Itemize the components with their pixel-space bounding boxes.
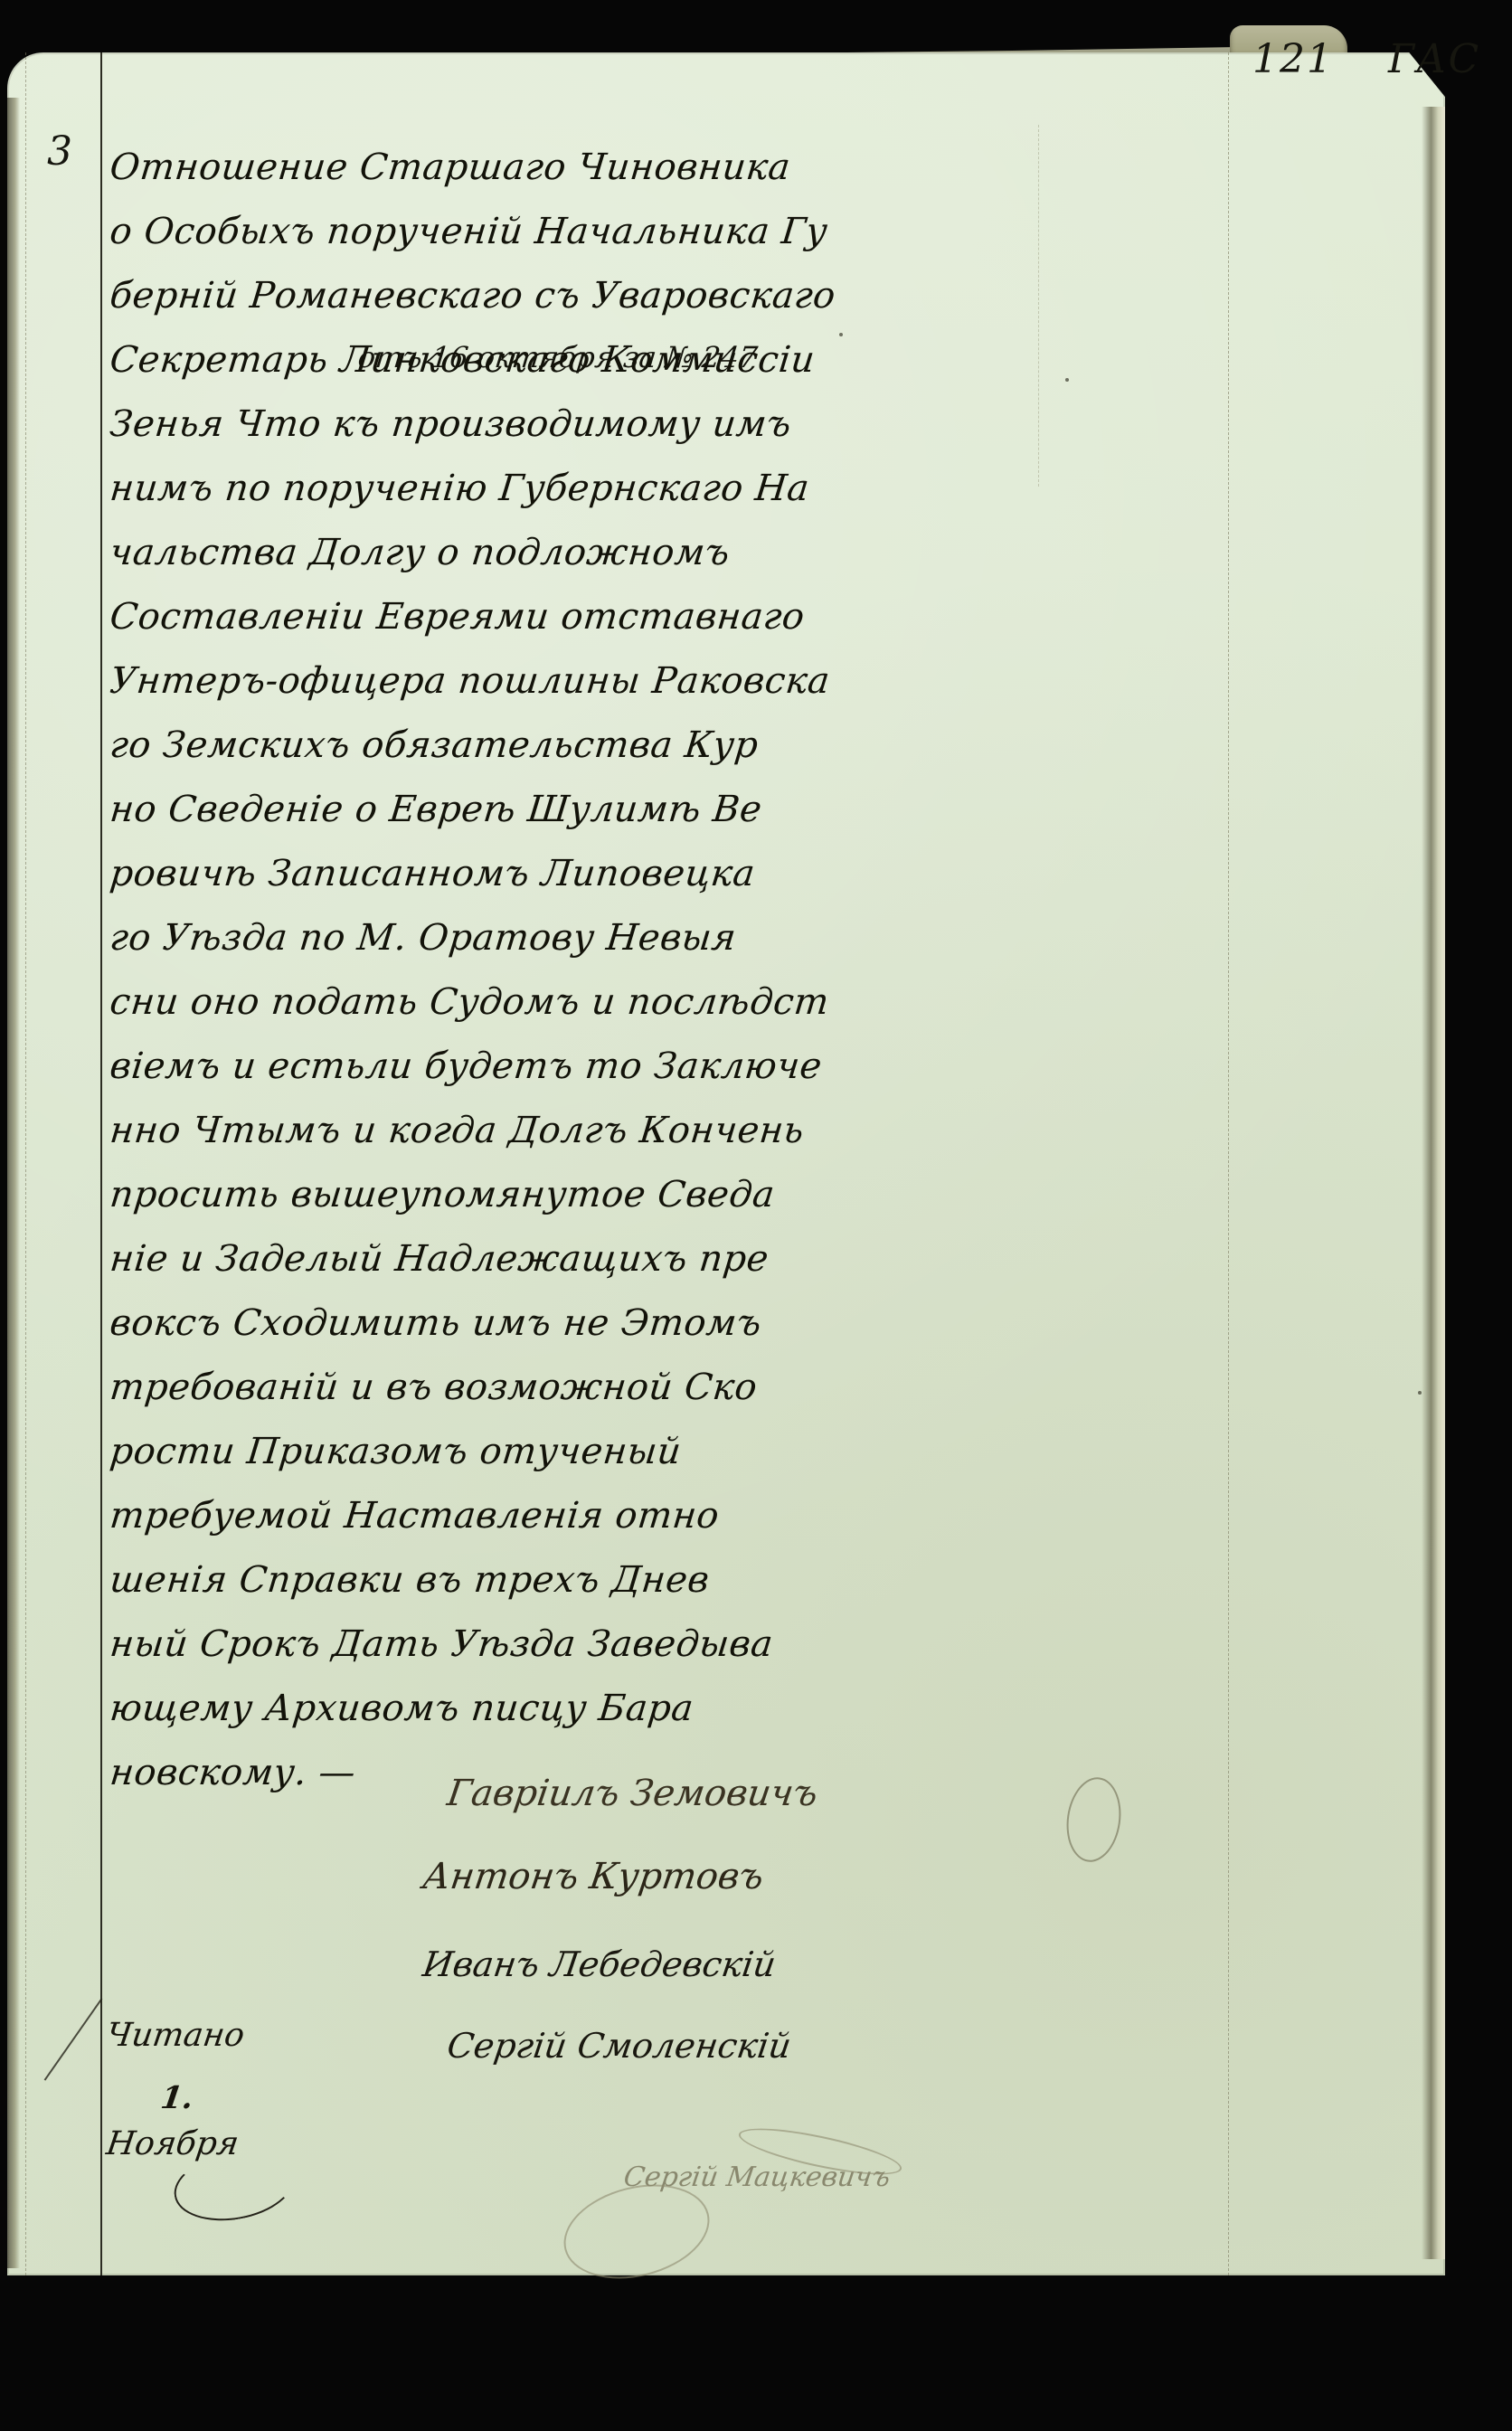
- signature: Гавріилъ Земовичъ: [445, 1773, 821, 1814]
- margin-note-day: 1.: [158, 2080, 195, 2116]
- signature-flourish: [1062, 1774, 1127, 1865]
- margin-note-read: Читано: [104, 2017, 247, 2054]
- signature-block: Гавріилъ Земовичъ Антонъ Куртовъ Иванъ Л…: [0, 0, 1512, 2431]
- signature: Иванъ Лебедевскій: [421, 1944, 779, 1984]
- signature: Антонъ Куртовъ: [421, 1856, 767, 1897]
- signature: Сергій Смоленскій: [445, 2026, 794, 2066]
